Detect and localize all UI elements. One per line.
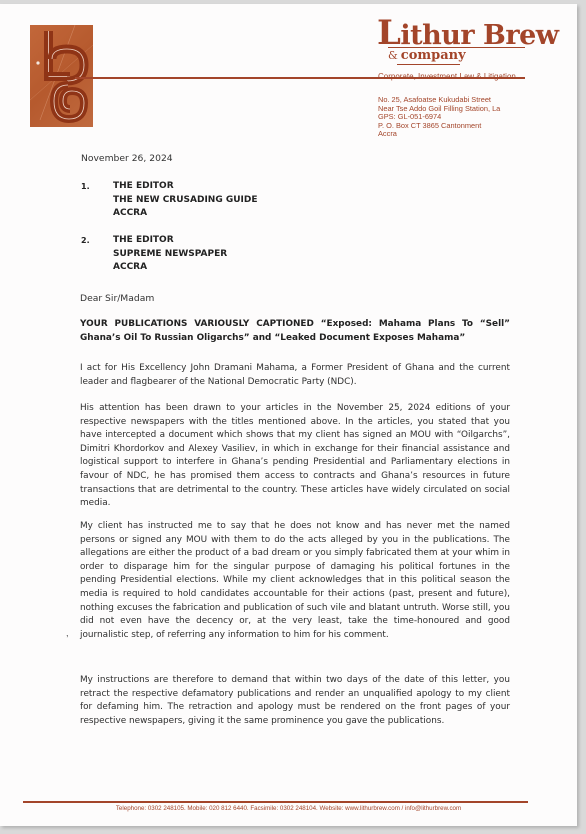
recipient-number: 2. [81, 234, 101, 248]
stray-mark: , [66, 628, 69, 638]
company-word: company [401, 48, 466, 63]
letter-page: Lithur Brew &company Corporate, Investme… [0, 4, 577, 826]
lb-monogram-icon [30, 25, 93, 127]
firm-logo [30, 25, 93, 127]
address-line: Accra [378, 130, 500, 139]
footer-contact: Telephone: 0302 248105. Mobile: 020 812 … [0, 805, 577, 812]
firm-tagline: Corporate, Investment Law & Litigation [378, 72, 516, 81]
recipient-line: THE EDITOR [113, 234, 227, 248]
recipient-number: 1. [81, 180, 101, 194]
firm-subname-underline [397, 64, 460, 65]
footer-divider [23, 801, 528, 803]
ampersand: & [388, 49, 398, 62]
recipient-line: THE EDITOR [113, 180, 258, 194]
body-paragraph-2: His attention has been drawn to your art… [80, 402, 510, 511]
firm-subname: &company [388, 48, 466, 64]
body-paragraph-3: My client has instructed me to say that … [80, 520, 510, 642]
letter-subject: YOUR PUBLICATIONS VARIOUSLY CAPTIONED “E… [80, 318, 510, 345]
recipient-line: SUPREME NEWSPAPER [113, 248, 227, 262]
recipient-line: THE NEW CRUSADING GUIDE [113, 194, 258, 208]
recipient-line: ACCRA [113, 207, 258, 221]
body-paragraph-1: I act for His Excellency John Dramani Ma… [80, 362, 510, 389]
body-paragraph-4: My instructions are therefore to demand … [80, 674, 510, 728]
letter-date: November 26, 2024 [81, 153, 173, 164]
recipient-line: ACCRA [113, 261, 227, 275]
firm-address: No. 25, Asafoatse Kukudabi Street Near T… [378, 96, 500, 139]
firm-brand: Lithur Brew &company [377, 18, 527, 68]
salutation: Dear Sir/Madam [80, 293, 154, 304]
